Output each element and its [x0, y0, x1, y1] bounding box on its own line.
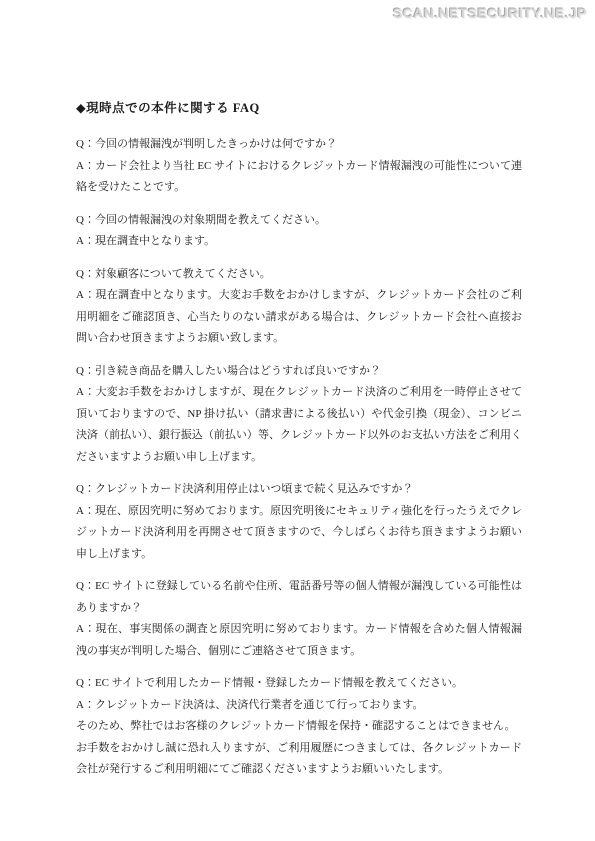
faq-question: Q：引き続き商品を購入したい場合はどうすれば良いですか？ [76, 361, 522, 383]
faq-answer: A：クレジットカード決済は、決済代行業者を通じて行っております。 [76, 695, 522, 717]
faq-item: Q：引き続き商品を購入したい場合はどうすれば良いですか？ A：大変お手数をおかけ… [76, 361, 522, 469]
faq-question: Q：EC サイトで利用したカード情報・登録したカード情報を教えてください。 [76, 673, 522, 695]
faq-item: Q：クレジットカード決済利用停止はいつ頃まで続く見込みですか？ A：現在、原因究… [76, 479, 522, 565]
faq-item: Q：今回の情報漏洩の対象期間を教えてください。 A：現在調査中となります。 [76, 210, 522, 253]
faq-question: Q：EC サイトに登録している名前や住所、電話番号等の個人情報が漏洩している可能… [76, 576, 522, 619]
faq-question: Q：クレジットカード決済利用停止はいつ頃まで続く見込みですか？ [76, 479, 522, 501]
faq-answer: そのため、弊社ではお客様のクレジットカード情報を保持・確認することはできません。 [76, 716, 522, 738]
faq-item: Q：今回の情報漏洩が判明したきっかけは何ですか？ A：カード会社より当社 EC … [76, 134, 522, 199]
document-page: SCAN.NETSECURITY.NE.JP ◆現時点での本件に関する FAQ … [0, 0, 595, 841]
watermark: SCAN.NETSECURITY.NE.JP [393, 5, 587, 21]
faq-item: Q：EC サイトに登録している名前や住所、電話番号等の個人情報が漏洩している可能… [76, 576, 522, 662]
document-content: ◆現時点での本件に関する FAQ Q：今回の情報漏洩が判明したきっかけは何ですか… [76, 100, 522, 792]
faq-question: Q：今回の情報漏洩が判明したきっかけは何ですか？ [76, 134, 522, 156]
faq-heading: ◆現時点での本件に関する FAQ [76, 100, 522, 116]
faq-answer: A：現在調査中となります。大変お手数をおかけしますが、クレジットカード会社のご利… [76, 285, 522, 350]
faq-answer: お手数をおかけし誠に恐れ入りますが、ご利用履歴につきましては、各クレジットカード… [76, 738, 522, 781]
faq-answer: A：大変お手数をおかけしますが、現在クレジットカード決済のご利用を一時停止させて… [76, 382, 522, 468]
faq-item: Q：EC サイトで利用したカード情報・登録したカード情報を教えてください。 A：… [76, 673, 522, 781]
faq-answer: A：カード会社より当社 EC サイトにおけるクレジットカード情報漏洩の可能性につ… [76, 156, 522, 199]
faq-answer: A：現在調査中となります。 [76, 231, 522, 253]
faq-answer: A：現在、事実関係の調査と原因究明に努めております。カード情報を含めた個人情報漏… [76, 619, 522, 662]
faq-item: Q：対象顧客について教えてください。 A：現在調査中となります。大変お手数をおか… [76, 264, 522, 350]
faq-question: Q：今回の情報漏洩の対象期間を教えてください。 [76, 210, 522, 232]
faq-question: Q：対象顧客について教えてください。 [76, 264, 522, 286]
faq-answer: A：現在、原因究明に努めております。原因究明後にセキュリティ強化を行ったうえでク… [76, 501, 522, 566]
